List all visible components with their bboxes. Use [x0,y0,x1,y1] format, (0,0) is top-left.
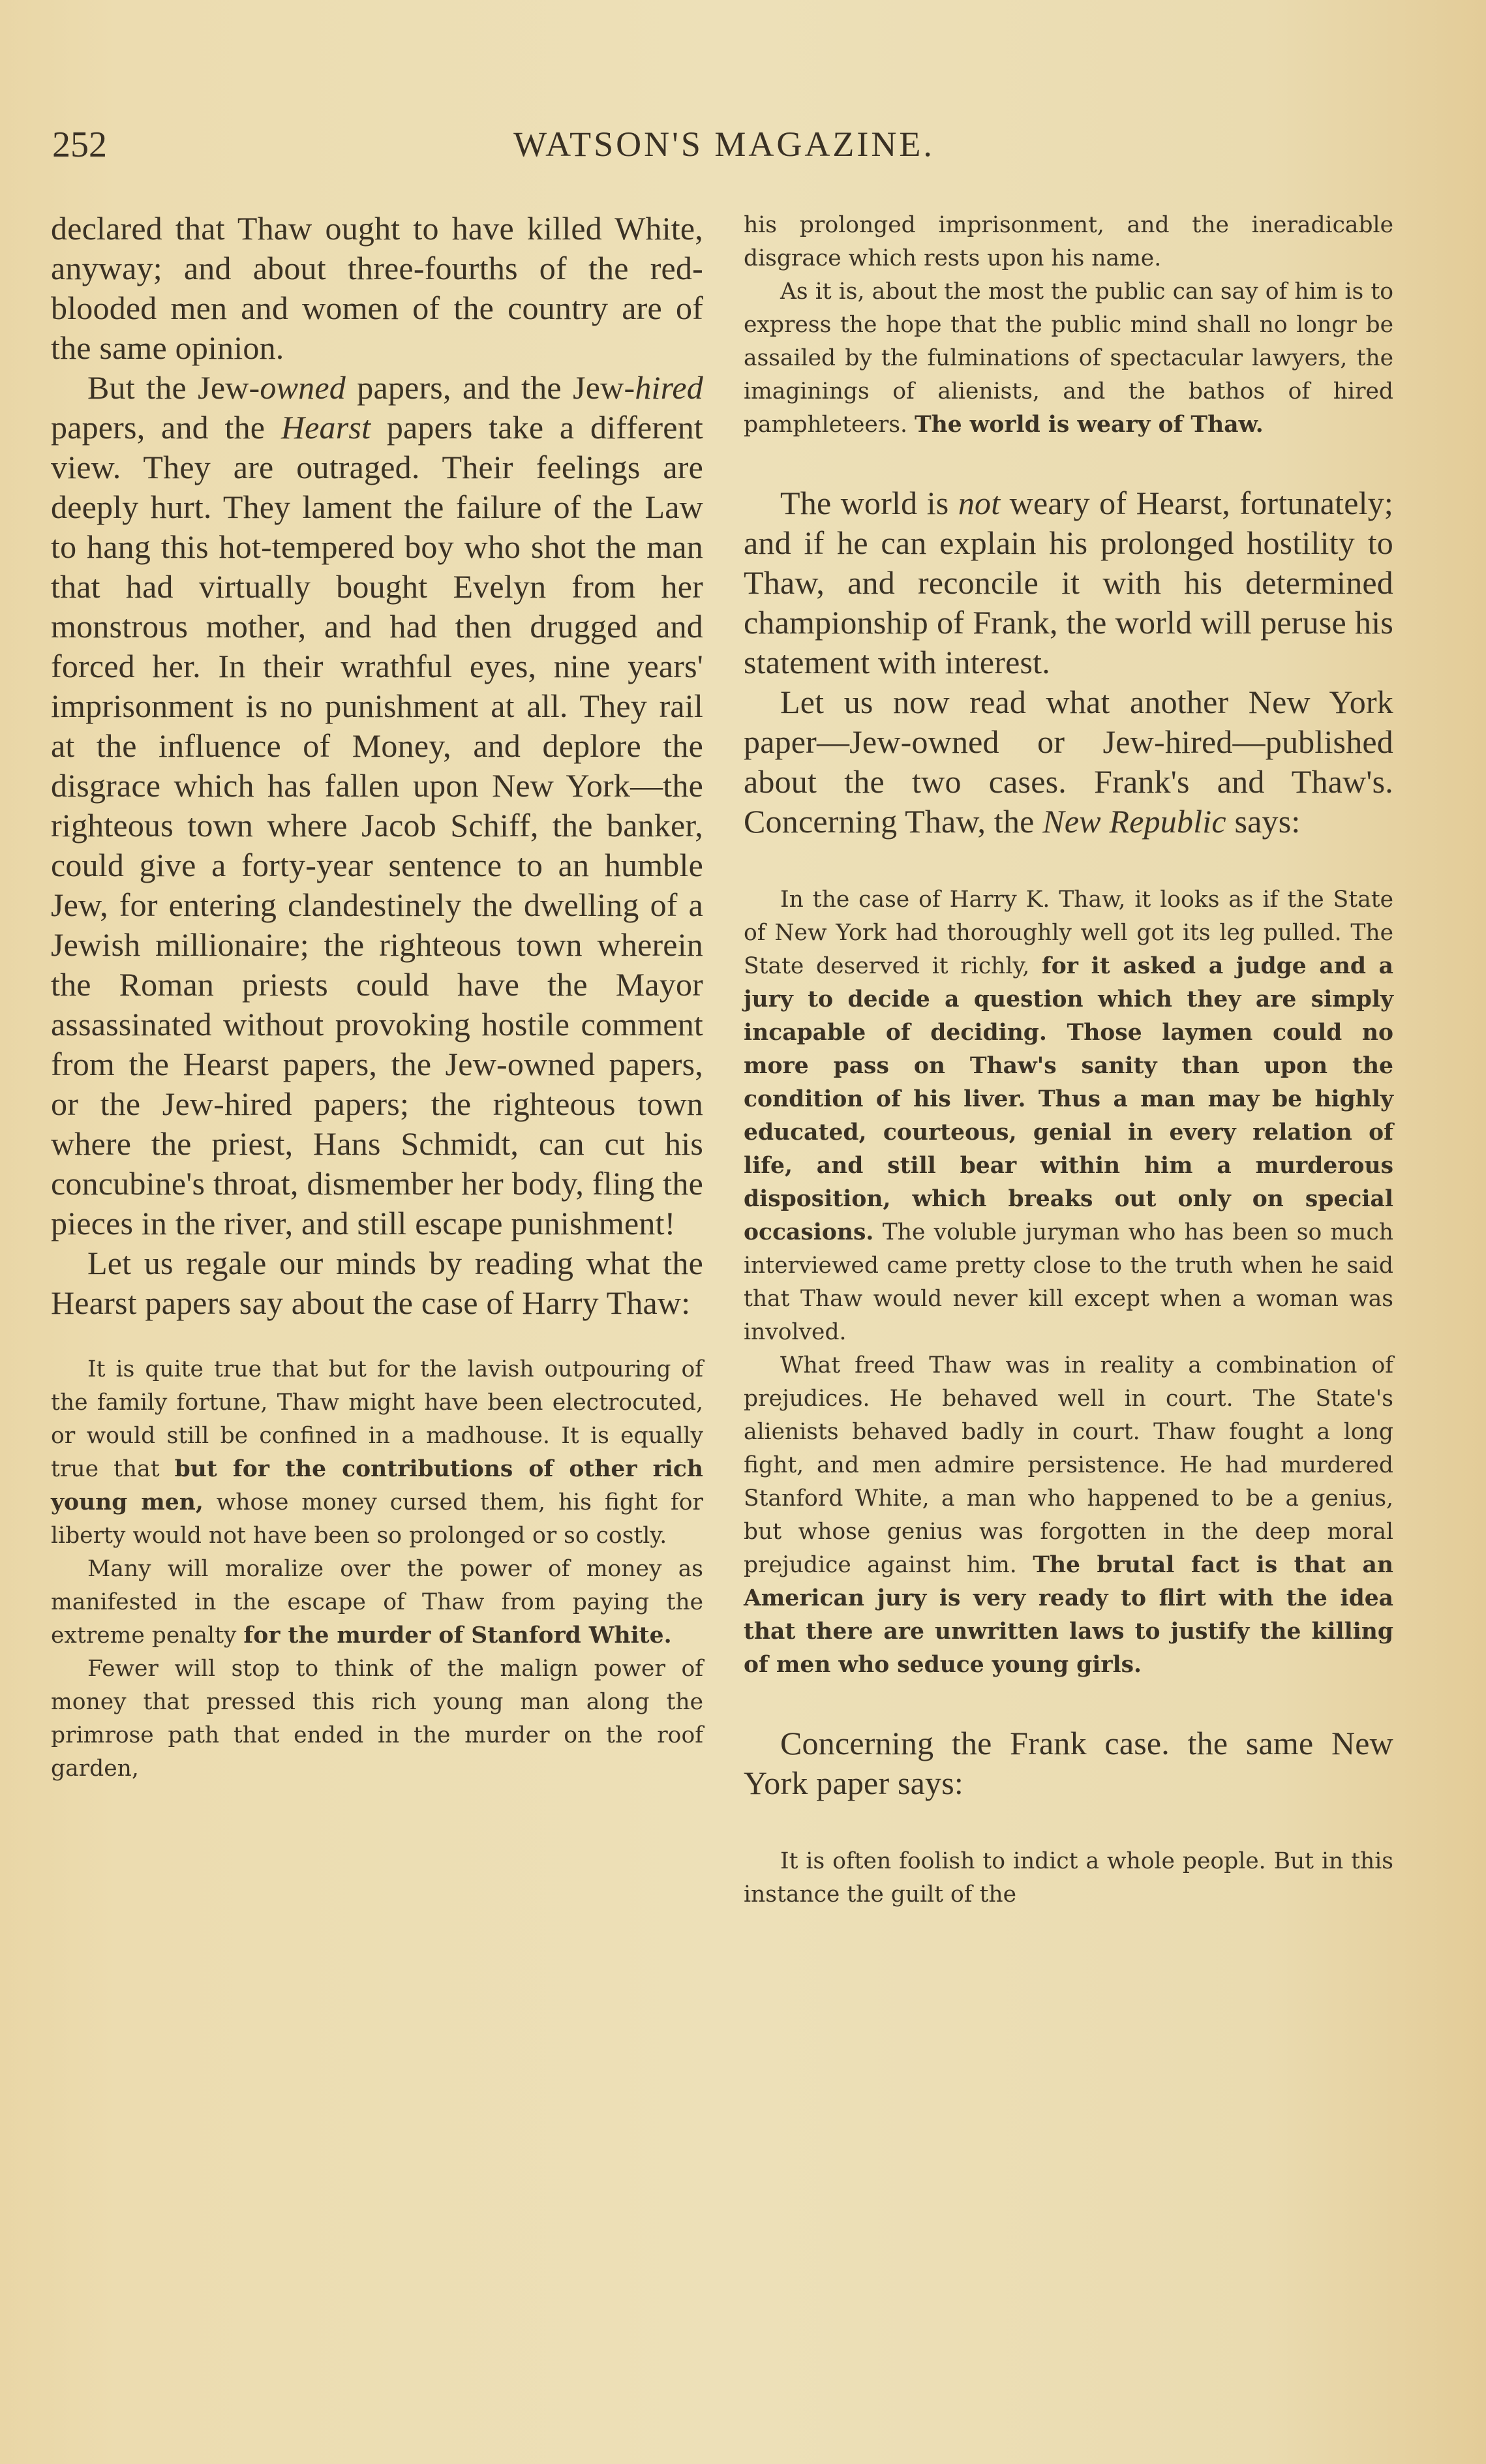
bold-run: for the murder of Stanford White. [243,1622,671,1649]
quote-paragraph: What freed Thaw was in reality a combina… [744,1349,1393,1682]
italic-owned: owned [260,369,346,406]
paragraph-continuation: declared that Thaw ought to have killed … [51,209,703,368]
text-run: papers take a different view. They are o… [51,409,703,1241]
quote-paragraph: As it is, about the most the public can … [744,275,1393,442]
text-run: What freed Thaw was in reality a combina… [744,1352,1393,1578]
quote-paragraph: It is quite true that but for the lavish… [51,1353,703,1553]
bold-run: for it asked a judge and a jury to decid… [744,953,1393,1245]
text-run: But the Jew- [87,369,260,406]
new-republic-frank-quote-block: It is often foolish to indict a whole pe… [744,1845,1393,1911]
hearst-quote-block-continued: his prolonged imprisonment, and the iner… [744,209,1393,442]
paragraph-world-not-weary: The world is not weary of Hearst, fortun… [744,483,1393,682]
quote-paragraph: Fewer will stop to think of the malign p… [51,1652,703,1786]
text-run: papers, and the Jew- [346,369,635,406]
bold-run: The world is weary of Thaw. [915,412,1264,438]
paragraph-regale: Let us regale our minds by reading what … [51,1243,703,1323]
paragraph-frank-case-intro: Concerning the Frank case. the same New … [744,1724,1393,1803]
right-column: his prolonged imprisonment, and the iner… [744,209,1393,1911]
magazine-page: 252 WATSON'S MAGAZINE. declared that Tha… [0,0,1486,2464]
italic-not: not [958,485,1001,521]
quote-paragraph: It is often foolish to indict a whole pe… [744,1845,1393,1911]
left-column: declared that Thaw ought to have killed … [51,209,703,1786]
quote-paragraph: Many will moralize over the power of mon… [51,1553,703,1652]
hearst-quote-block: It is quite true that but for the lavish… [51,1353,703,1786]
running-title: WATSON'S MAGAZINE. [52,124,1396,164]
text-run: The world is [780,485,958,521]
new-republic-thaw-quote-block: In the case of Harry K. Thaw, it looks a… [744,883,1393,1682]
paragraph-jew-owned-papers: But the Jew-owned papers, and the Jew-hi… [51,368,703,1243]
italic-hearst: Hearst [281,409,371,446]
page-header: 252 WATSON'S MAGAZINE. [52,124,1396,176]
text-run: says: [1226,803,1301,840]
italic-new-republic: New Republic [1042,803,1226,840]
text-run: papers, and the [51,409,281,446]
paragraph-new-republic-intro: Let us now read what another New York pa… [744,682,1393,842]
quote-paragraph: In the case of Harry K. Thaw, it looks a… [744,883,1393,1349]
quote-paragraph: his prolonged imprisonment, and the iner… [744,209,1393,275]
italic-hired: hired [635,369,703,406]
